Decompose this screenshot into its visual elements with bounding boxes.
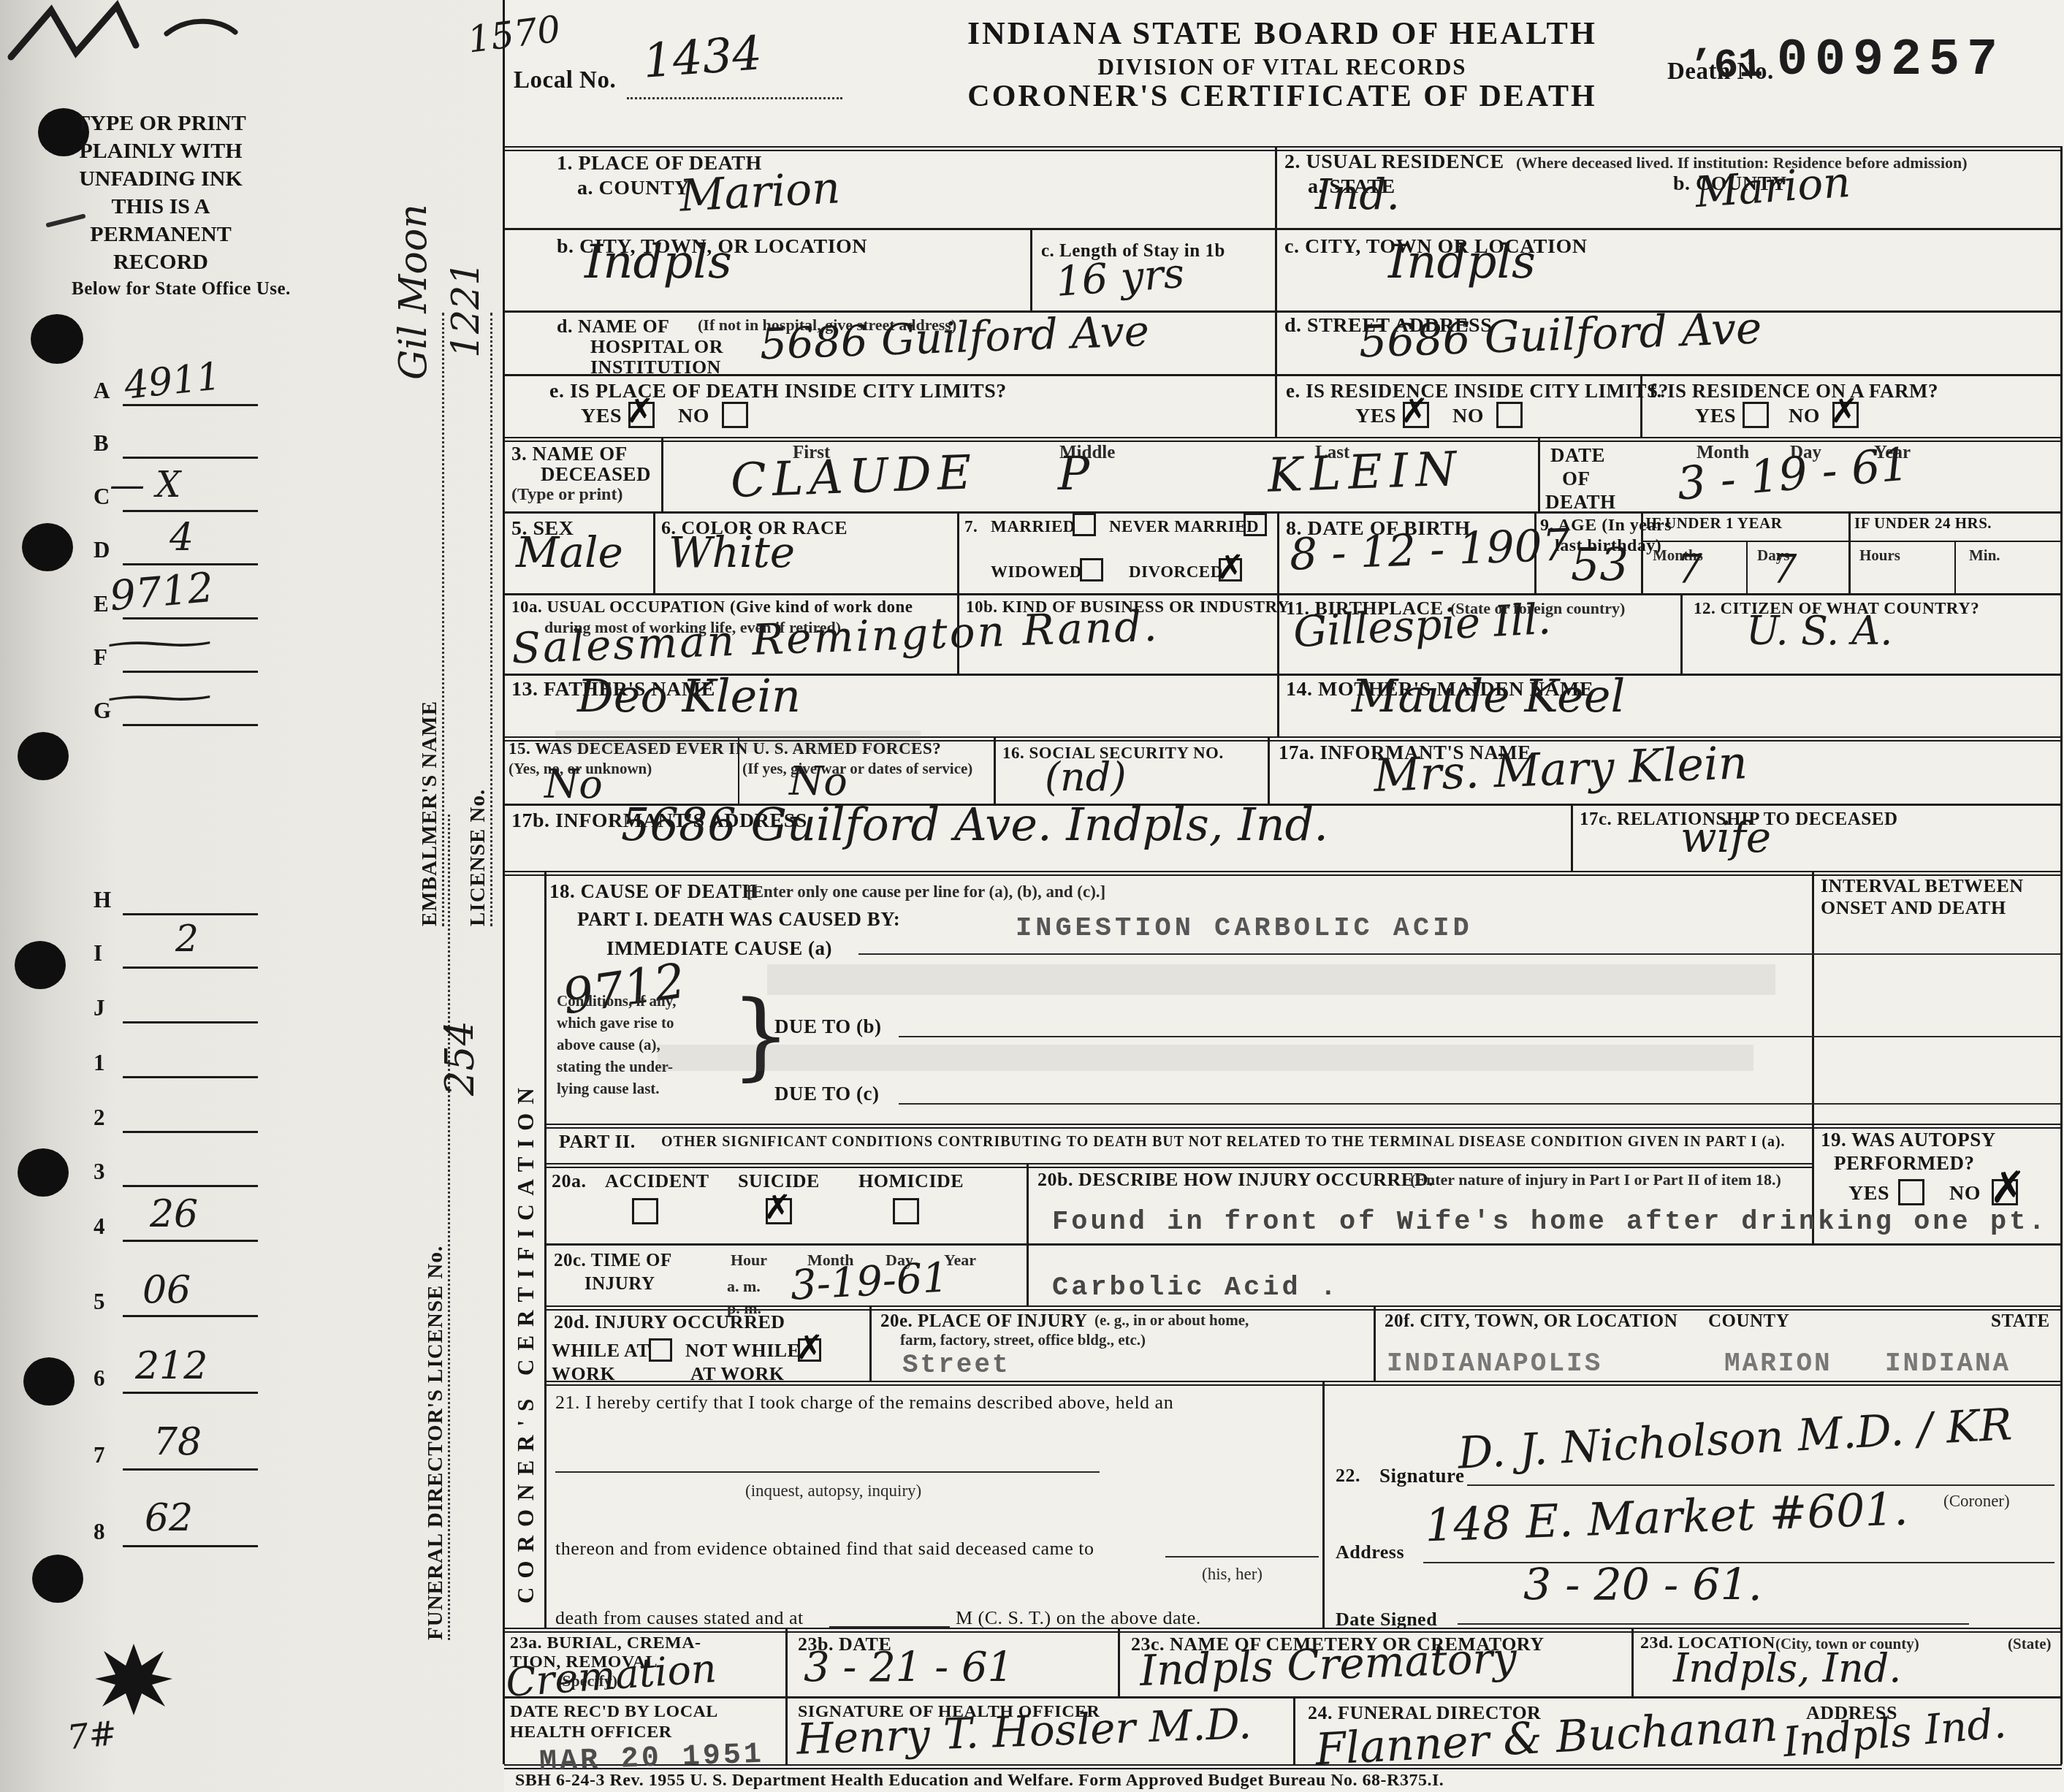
pod-county-value: Marion — [678, 162, 841, 221]
ledger-letter: C — [94, 484, 110, 510]
immediate-cause-label: IMMEDIATE CAUSE (a) — [606, 937, 832, 960]
name-of-deceased-label-1: 3. NAME OF — [511, 443, 628, 465]
industry-label: 10b. KIND OF BUSINESS OR INDUSTRY — [966, 598, 1290, 617]
date-of-death-label-3: DEATH — [1545, 491, 1616, 514]
pod-hospital-label-1: d. NAME OF — [557, 316, 670, 338]
divider — [785, 1696, 788, 1764]
divider — [661, 437, 663, 511]
ledger-letter: B — [94, 430, 109, 457]
rule — [504, 1696, 2062, 1698]
ledger-letter: I — [94, 940, 103, 966]
armed-forces-note-2: (If yes, give war or dates of service) — [742, 760, 972, 778]
divider — [1571, 804, 1573, 871]
date-signed-line — [1458, 1623, 1969, 1625]
date-of-birth-value: 8 - 12 - 1907 — [1289, 519, 1571, 580]
checkbox-suicide: ✗ — [766, 1198, 792, 1224]
work-label: WORK — [552, 1363, 615, 1385]
manner-num-label: 20a. — [552, 1170, 587, 1192]
relationship-value: wife — [1680, 812, 1771, 862]
never-married-label: NEVER MARRIED — [1109, 517, 1259, 536]
ledger-value: 06 — [142, 1268, 191, 1312]
divider — [785, 1628, 788, 1696]
local-no-value: 1434 — [641, 26, 764, 88]
residence-limits-label: e. IS RESIDENCE INSIDE CITY LIMITS? — [1286, 380, 1669, 403]
date-received-label-1: DATE REC'D BY LOCAL — [510, 1702, 718, 1722]
ledger-letter: 8 — [94, 1519, 105, 1545]
time-of-injury-value: 3-19-61 — [789, 1254, 949, 1309]
ledger-line — [123, 1468, 258, 1471]
ledger-line — [123, 1185, 258, 1187]
punch-hole — [18, 1148, 69, 1197]
coroners-certification-vertical-label: CORONER'S CERTIFICATION — [513, 1079, 539, 1604]
injury-occurred-label: 20d. INJURY OCCURRED — [554, 1311, 785, 1333]
divider — [1954, 541, 1956, 593]
checkbox-married — [1073, 513, 1096, 536]
checkmark-residence-limits-yes: ✗ — [1401, 391, 1429, 430]
cause-line-b — [899, 1036, 2060, 1037]
pod-city-limits-label: e. IS PLACE OF DEATH INSIDE CITY LIMITS? — [549, 380, 1007, 403]
instruction-line: PLAINLY WITH — [69, 137, 252, 165]
ledger-line — [123, 724, 258, 726]
homicide-label: HOMICIDE — [858, 1170, 964, 1192]
date-of-death-label-2: OF — [1562, 468, 1591, 490]
punch-hole — [31, 314, 83, 364]
divider — [1030, 228, 1032, 310]
death-certificate-scan: 7# 1570 TYPE OR PRINT PLAINLY WITH UNFAD… — [0, 0, 2064, 1792]
ledger-line — [123, 1131, 258, 1133]
injury-city-value: INDIANAPOLIS — [1387, 1349, 1602, 1379]
checkbox-divorced: ✗ — [1219, 558, 1242, 582]
months-value: 7 — [1677, 546, 1702, 592]
checkbox-autopsy-yes — [1898, 1179, 1924, 1205]
local-no-label: Local No. — [514, 67, 616, 94]
injury-county-label: COUNTY — [1708, 1311, 1789, 1332]
coroner-address-label: Address — [1336, 1541, 1404, 1563]
part2-text: OTHER SIGNIFICANT CONDITIONS CONTRIBUTIN… — [661, 1134, 1786, 1151]
divider — [1275, 146, 1277, 437]
injury-county-value: MARION — [1724, 1349, 1832, 1379]
burial-date-value: 3 - 21 - 61 — [804, 1644, 1013, 1691]
ledger-letter: 5 — [94, 1289, 105, 1315]
residence-limits-no-label: NO — [1452, 405, 1484, 428]
divider — [994, 736, 996, 804]
immediate-cause-value: INGESTION CARBOLIC ACID — [1016, 913, 1473, 944]
ledger-letter: H — [94, 887, 112, 913]
rule — [504, 437, 2062, 442]
scan-smudge — [767, 964, 1775, 995]
pod-county-label: a. COUNTY — [577, 177, 690, 200]
ledger-line — [123, 457, 258, 459]
ledger-value: 9712 — [107, 564, 216, 620]
part1-label: PART I. DEATH WAS CAUSED BY: — [577, 908, 900, 931]
rule — [544, 1124, 2062, 1129]
punch-hole — [15, 941, 66, 989]
rule — [544, 1305, 2062, 1311]
autopsy-no-label: NO — [1949, 1182, 1981, 1205]
due-to-b-label: DUE TO (b) — [774, 1015, 882, 1038]
ledger-letter: A — [94, 378, 110, 404]
injury-year-label: Year — [944, 1251, 976, 1270]
checkbox-widowed — [1080, 558, 1103, 582]
name-of-deceased-label-3: (Type or print) — [511, 485, 622, 505]
date-received-label-2: HEALTH OFFICER — [510, 1723, 672, 1742]
divider — [1812, 871, 1814, 1243]
ssn-value: (nd) — [1045, 754, 1126, 800]
pod-city-value: Indpls — [584, 235, 732, 289]
license-no-value: 1221 — [444, 262, 488, 358]
checkbox-residence-limits-yes: ✗ — [1403, 402, 1429, 428]
divorced-label: DIVORCED — [1129, 563, 1223, 582]
cause-line-c — [899, 1103, 2060, 1105]
rule — [504, 146, 2062, 151]
certify-text-3b: M (C. S. T.) on the above date. — [956, 1607, 1201, 1629]
rule — [504, 593, 2062, 595]
divider — [1118, 1628, 1120, 1696]
ledger-value: — X — [110, 465, 180, 506]
divider — [653, 511, 655, 593]
residence-limits-yes-label: YES — [1355, 405, 1396, 428]
checkbox-homicide — [893, 1198, 919, 1224]
describe-injury-label: 20b. DESCRIBE HOW INJURY OCCURRED. — [1037, 1169, 1433, 1191]
seal-stamp-icon — [94, 1642, 174, 1715]
time-of-injury-label-2: INJURY — [584, 1274, 655, 1295]
due-to-c-label: DUE TO (c) — [774, 1083, 880, 1105]
autopsy-yes-label: YES — [1848, 1182, 1889, 1205]
ledger-letter: J — [94, 995, 105, 1021]
injury-state-value: INDIANA — [1885, 1349, 2011, 1379]
checkbox-not-while-at-work: ✗ — [798, 1338, 821, 1362]
divider — [1322, 1381, 1325, 1628]
autopsy-label-1: 19. WAS AUTOPSY — [1821, 1129, 1996, 1151]
rule — [544, 1243, 2062, 1246]
certify-blank-3 — [829, 1626, 950, 1628]
ledger-value: 78 — [153, 1420, 202, 1464]
middle-name-value: P — [1058, 447, 1089, 501]
ledger-value: 2 — [175, 918, 199, 960]
first-name-value: CLAUDE — [730, 446, 978, 508]
scan-smudge — [555, 731, 921, 752]
pod-limits-no-label: NO — [678, 405, 709, 428]
date-of-death-label-1: DATE — [1550, 444, 1605, 467]
punch-hole — [23, 1357, 75, 1406]
injury-description-value-2: Carbolic Acid . — [1052, 1273, 1339, 1303]
form-left-border — [503, 0, 505, 1764]
ledger-line — [123, 1076, 258, 1078]
divider — [957, 511, 959, 593]
instruction-line: THIS IS A — [69, 193, 252, 221]
instructions-block: TYPE OR PRINT PLAINLY WITH UNFADING INK … — [69, 110, 252, 276]
armed-forces-value-1: No — [544, 761, 603, 807]
conditions-note-3: above cause (a), — [557, 1036, 660, 1054]
ledger-line — [123, 1240, 258, 1242]
days-value: 7 — [1772, 546, 1797, 592]
ledger-letter: D — [94, 537, 110, 563]
hours-label: Hours — [1859, 546, 1900, 565]
certify-text-2: thereon and from evidence obtained find … — [555, 1538, 1094, 1560]
conditions-note-4: stating the under- — [557, 1058, 673, 1076]
ledger-value: ~ — [92, 625, 226, 663]
ledger-value: 62 — [145, 1496, 193, 1540]
burial-location-note-2: (State) — [2008, 1635, 2051, 1653]
checkmark-autopsy-no: ✗ — [1989, 1162, 2026, 1213]
citizen-value: U. S. A. — [1746, 608, 1892, 654]
part2-label: PART II. — [559, 1131, 636, 1153]
ledger-line — [123, 1315, 258, 1317]
ledger-value: 4 — [170, 516, 194, 560]
license-no-label: LICENSE No. — [466, 313, 492, 926]
death-no-value: 009257 — [1777, 32, 2005, 90]
form-title-line3: CORONER'S CERTIFICATE OF DEATH — [862, 79, 1702, 114]
farm-no-label: NO — [1789, 405, 1820, 428]
min-label: Min. — [1969, 546, 2000, 565]
fathers-name-value: Deo Klein — [577, 669, 801, 722]
under-1-year-label: IF UNDER 1 YEAR — [1645, 514, 1782, 533]
autopsy-label-2: PERFORMED? — [1834, 1152, 1974, 1175]
coroner-note: (Coroner) — [1943, 1492, 2010, 1511]
divider — [1680, 593, 1683, 674]
divider — [1374, 1305, 1376, 1381]
residence-city-value: Indpls — [1388, 235, 1536, 289]
checkbox-pod-limits-yes: ✗ — [628, 402, 655, 428]
ledger-letter: 4 — [94, 1213, 105, 1240]
divider — [1268, 736, 1270, 804]
conditions-note-2: which gave rise to — [557, 1014, 674, 1032]
farm-yes-label: YES — [1695, 405, 1736, 428]
ledger-line — [123, 913, 258, 915]
ledger-line — [123, 1545, 258, 1547]
punch-hole — [18, 732, 69, 780]
checkbox-farm-no: ✗ — [1832, 402, 1859, 428]
local-no-line — [627, 97, 842, 99]
ledger-line — [123, 1392, 258, 1394]
widowed-label: WIDOWED — [991, 563, 1082, 582]
signature-num-label: 22. — [1336, 1465, 1360, 1487]
ledger-value: 26 — [150, 1192, 198, 1236]
funeral-directors-license-label: FUNERAL DIRECTOR'S LICENSE No. — [424, 815, 450, 1640]
interval-label-2: ONSET AND DEATH — [1821, 897, 2006, 919]
cause-of-death-note: [Enter only one cause per line for (a), … — [747, 882, 1105, 901]
checkbox-accident — [632, 1198, 658, 1224]
certify-text-3a: death from causes stated and at — [555, 1607, 804, 1629]
instruction-line: PERMANENT — [69, 221, 252, 248]
ledger-line — [123, 1021, 258, 1023]
divider — [1746, 541, 1748, 593]
checkmark-farm-no: ✗ — [1830, 391, 1859, 430]
checkbox-farm-yes — [1743, 402, 1769, 428]
divider — [1538, 437, 1540, 511]
form-right-border — [2060, 146, 2063, 1764]
residence-state-value: Ind. — [1315, 169, 1400, 219]
checkmark-not-while-at-work: ✗ — [796, 1327, 824, 1367]
conditions-note-5: lying cause last. — [557, 1080, 660, 1098]
age-value: 53 — [1571, 538, 1629, 591]
checkbox-never-married — [1244, 513, 1267, 536]
rule — [544, 1163, 1812, 1168]
injury-city-label: 20f. CITY, TOWN, OR LOCATION — [1385, 1311, 1678, 1332]
accident-label: ACCIDENT — [605, 1170, 709, 1192]
name-of-deceased-label-2: DECEASED — [541, 463, 651, 486]
ledger-line — [123, 671, 258, 673]
certify-note-2: (his, her) — [1202, 1565, 1263, 1584]
last-name-value: KLEIN — [1267, 442, 1465, 503]
length-of-stay-value: 16 yrs — [1054, 250, 1186, 306]
marital-num-label: 7. — [964, 517, 978, 536]
hour-label: Hour — [731, 1251, 767, 1270]
ledger-letter: 3 — [94, 1159, 105, 1185]
conditions-note-1: Conditions, if any, — [557, 992, 676, 1010]
embalmers-name-value: Gil Moon — [392, 204, 435, 380]
describe-injury-note: (Enter nature of injury in Part I or Par… — [1410, 1170, 1781, 1189]
certify-note-1: (inquest, autopsy, inquiry) — [745, 1482, 921, 1501]
ledger-letter: E — [94, 591, 109, 617]
at-work-label: AT WORK — [690, 1363, 784, 1385]
divider — [1293, 1696, 1295, 1764]
ledger-letter: 6 — [94, 1365, 105, 1392]
certify-blank-2 — [1165, 1556, 1319, 1557]
cause-of-death-label: 18. CAUSE OF DEATH — [549, 880, 758, 903]
am-label: a. m. — [727, 1277, 761, 1296]
instruction-line: UNFADING INK — [69, 165, 252, 193]
checkmark-suicide: ✗ — [763, 1187, 792, 1227]
place-of-injury-note-2: farm, factory, street, office bldg., etc… — [900, 1331, 1146, 1349]
checkbox-pod-limits-no — [722, 402, 748, 428]
divider — [1277, 674, 1279, 736]
pod-hospital-label-2: HOSPITAL OR — [590, 336, 723, 358]
pen-scribble-icon — [0, 0, 263, 80]
date-signed-label: Date Signed — [1336, 1609, 1437, 1631]
form-title-line1: INDIANA STATE BOARD OF HEALTH — [862, 15, 1702, 52]
checkmark-pod-limits-yes: ✗ — [626, 391, 655, 430]
year-stamp: ’61 — [1688, 41, 1764, 90]
residence-farm-label: f. IS RESIDENCE ON A FARM? — [1650, 380, 1938, 403]
instruction-line: TYPE OR PRINT — [69, 110, 252, 137]
checkmark-divorced: ✗ — [1216, 547, 1245, 587]
checkbox-while-at-work — [649, 1338, 672, 1362]
checkbox-autopsy-no: ✗ — [1992, 1179, 2018, 1205]
rule — [504, 228, 2062, 230]
sex-value: Male — [516, 527, 623, 577]
divider — [1277, 511, 1279, 593]
state-office-note: Below for State Office Use. — [72, 279, 291, 300]
place-of-injury-note-1: (e. g., in or about home, — [1094, 1311, 1249, 1330]
coroner-strip-border — [544, 871, 547, 1628]
checkbox-residence-limits-no — [1496, 402, 1523, 428]
married-label: MARRIED — [991, 517, 1075, 536]
place-of-injury-label: 20e. PLACE OF INJURY — [880, 1311, 1087, 1332]
pod-hospital-label-3: INSTITUTION — [590, 357, 721, 378]
injury-description-value-1: Found in front of Wife's home after drin… — [1052, 1207, 2048, 1238]
informant-address-value: 5686 Guilford Ave. Indpls, Ind. — [621, 798, 1328, 851]
divider — [869, 1305, 872, 1381]
place-of-injury-value: Street — [902, 1350, 1010, 1380]
pod-limits-yes-label: YES — [581, 405, 622, 428]
divider — [1631, 1628, 1634, 1696]
signature-label: Signature — [1379, 1465, 1465, 1487]
time-of-injury-label-1: 20c. TIME OF — [554, 1251, 672, 1271]
certify-text-1: 21. I hereby certify that I took charge … — [555, 1392, 1173, 1414]
ledger-line — [123, 966, 258, 969]
not-while-label: NOT WHILE — [685, 1340, 800, 1362]
rule — [504, 511, 2062, 514]
race-value: White — [669, 527, 795, 577]
punch-hole — [32, 1555, 83, 1603]
injury-state-label: STATE — [1991, 1311, 2050, 1332]
form-title-line2: DIVISION OF VITAL RECORDS — [862, 54, 1702, 80]
interval-label-1: INTERVAL BETWEEN — [1821, 875, 2024, 897]
form-footer-text: SBH 6-24-3 Rev. 1955 U. S. Department He… — [515, 1771, 1444, 1791]
date-signed-value: 3 - 20 - 61. — [1523, 1560, 1762, 1611]
divider — [1027, 1163, 1029, 1305]
ledger-value: ~ — [92, 679, 226, 717]
rule — [504, 374, 2062, 376]
cause-line-a — [858, 953, 2060, 955]
ledger-letter: 1 — [94, 1050, 105, 1076]
ledger-letter: 7 — [94, 1442, 105, 1468]
mothers-maiden-name-value: Maude Keel — [1352, 669, 1625, 722]
rule — [504, 310, 2062, 313]
corner-mark-value: 7# — [65, 1713, 118, 1758]
ledger-value: 212 — [135, 1344, 207, 1388]
ledger-line — [123, 617, 258, 619]
punch-hole — [22, 523, 73, 571]
burial-location-value: Indpls, Ind. — [1673, 1645, 1901, 1691]
while-at-label: WHILE AT — [552, 1340, 650, 1362]
signature-line — [1467, 1484, 2055, 1486]
instruction-line: RECORD — [69, 248, 252, 276]
rule — [1641, 541, 2062, 542]
ledger-letter: 2 — [94, 1105, 105, 1131]
certify-blank-1 — [555, 1471, 1100, 1473]
funeral-directors-license-value: 254 — [437, 1021, 483, 1096]
under-24-hrs-label: IF UNDER 24 HRS. — [1854, 514, 1992, 533]
scan-smudge — [658, 1045, 1753, 1071]
divider — [1848, 511, 1851, 593]
ledger-line — [123, 510, 258, 512]
